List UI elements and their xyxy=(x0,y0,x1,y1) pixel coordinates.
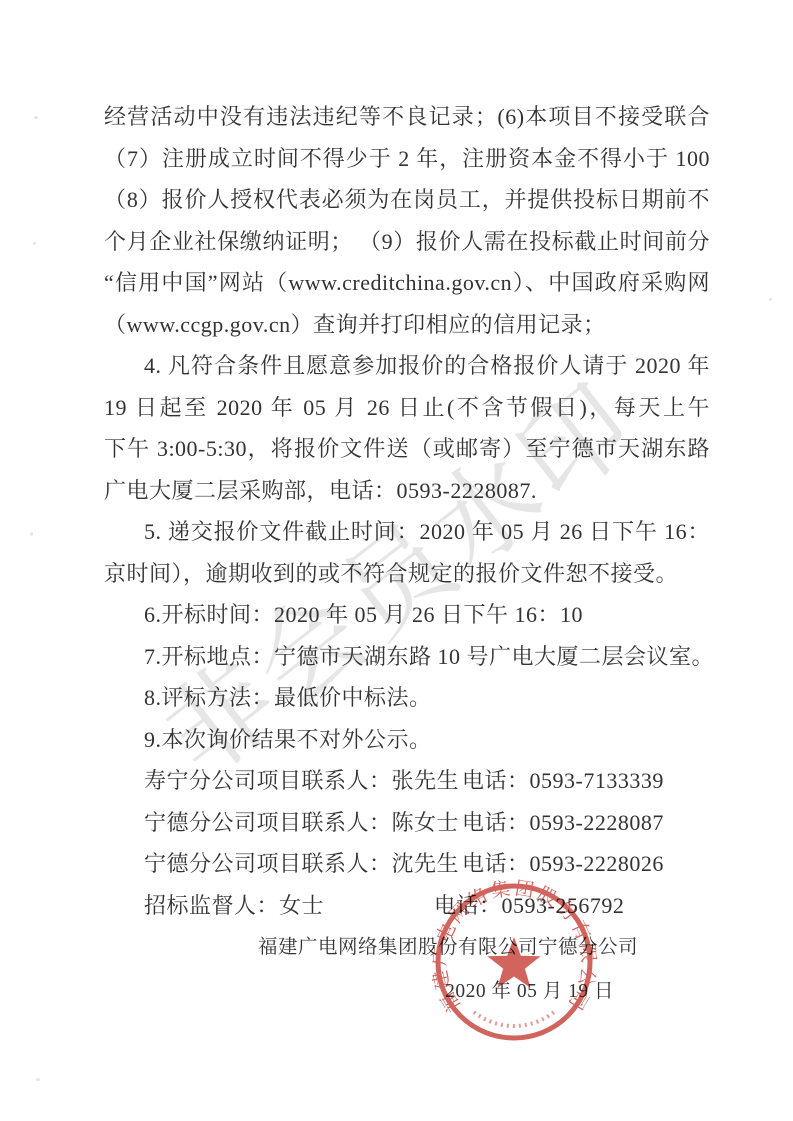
contact-row: 宁德分公司项目联系人：陈女士 电话：0593-2228087 xyxy=(104,802,710,844)
document-page: 非会员水印 经营活动中没有违法违纪等不良记录；(6)本项目不接受联合体报价； （… xyxy=(0,0,793,1121)
seal-star-icon xyxy=(487,937,540,988)
doc-line: （8）报价人授权代表必须为在岗员工，并提供投标日期前不少于 3 xyxy=(104,179,710,221)
signature-date: 2020 年 05 月 19 日 xyxy=(104,970,710,1014)
contact-label: 招标监督人：女士 xyxy=(144,885,434,927)
scan-speck xyxy=(30,532,33,536)
doc-line: 下午 3:00-5:30，将报价文件送（或邮寄）至宁德市天湖东路 10 号 xyxy=(104,428,710,470)
contact-phone: 电话：0593-7133339 xyxy=(462,760,664,802)
company-seal: 福建广电网络集团股份有限公司 xyxy=(414,862,614,1062)
contact-label: 寿宁分公司项目联系人：张先生 xyxy=(144,760,462,802)
doc-line: 经营活动中没有违法违纪等不良记录；(6)本项目不接受联合体报价； xyxy=(104,96,710,138)
doc-line: 7.开标地点：宁德市天湖东路 10 号广电大厦二层会议室。 xyxy=(104,636,710,678)
doc-line: 5. 递交报价文件截止时间：2020 年 05 月 26 日下午 16：00（北 xyxy=(104,511,710,553)
doc-line: 4. 凡符合条件且愿意参加报价的合格报价人请于 2020 年 05 月 xyxy=(104,345,710,387)
scan-speck xyxy=(36,1078,40,1081)
document-body: 经营活动中没有违法违纪等不良记录；(6)本项目不接受联合体报价； （7）注册成立… xyxy=(104,96,710,1014)
doc-line: 8.评标方法：最低价中标法。 xyxy=(104,677,710,719)
doc-line: 广电大厦二层采购部，电话：0593-2228087. xyxy=(104,470,710,512)
doc-line: 19 日起至 2020 年 05 月 26 日止(不含节假日)，每天上午 8:3… xyxy=(104,387,710,429)
scan-speck xyxy=(769,298,772,301)
seal-code-arc xyxy=(474,1012,554,1026)
contact-label: 宁德分公司项目联系人：陈女士 xyxy=(144,802,462,844)
doc-line: 个月企业社保缴纳证明； （9）报价人需在投标截止时间前分别通过 xyxy=(104,221,710,263)
doc-line: （7）注册成立时间不得少于 2 年，注册资本金不得小于 100 万元； xyxy=(104,138,710,180)
signature-company: 福建广电网络集团股份有限公司宁德分公司 xyxy=(104,926,710,970)
doc-line: （www.ccgp.gov.cn）查询并打印相应的信用记录； xyxy=(104,304,710,346)
contact-row: 招标监督人：女士 电话：0593-256792 xyxy=(104,885,710,927)
scan-speck xyxy=(34,116,38,119)
doc-line: 9.本次询价结果不对外公示。 xyxy=(104,719,710,761)
doc-line: 京时间），逾期收到的或不符合规定的报价文件恕不接受。 xyxy=(104,553,710,595)
contact-row: 宁德分公司项目联系人：沈先生 电话：0593-2228026 xyxy=(104,843,710,885)
scan-speck xyxy=(33,242,36,245)
contact-row: 寿宁分公司项目联系人：张先生 电话：0593-7133339 xyxy=(104,760,710,802)
doc-line: “信用中国”网站（www.creditchina.gov.cn）、中国政府采购网 xyxy=(104,262,710,304)
doc-line: 6.开标时间：2020 年 05 月 26 日下午 16：10 xyxy=(104,594,710,636)
contact-phone: 电话：0593-2228087 xyxy=(462,802,664,844)
